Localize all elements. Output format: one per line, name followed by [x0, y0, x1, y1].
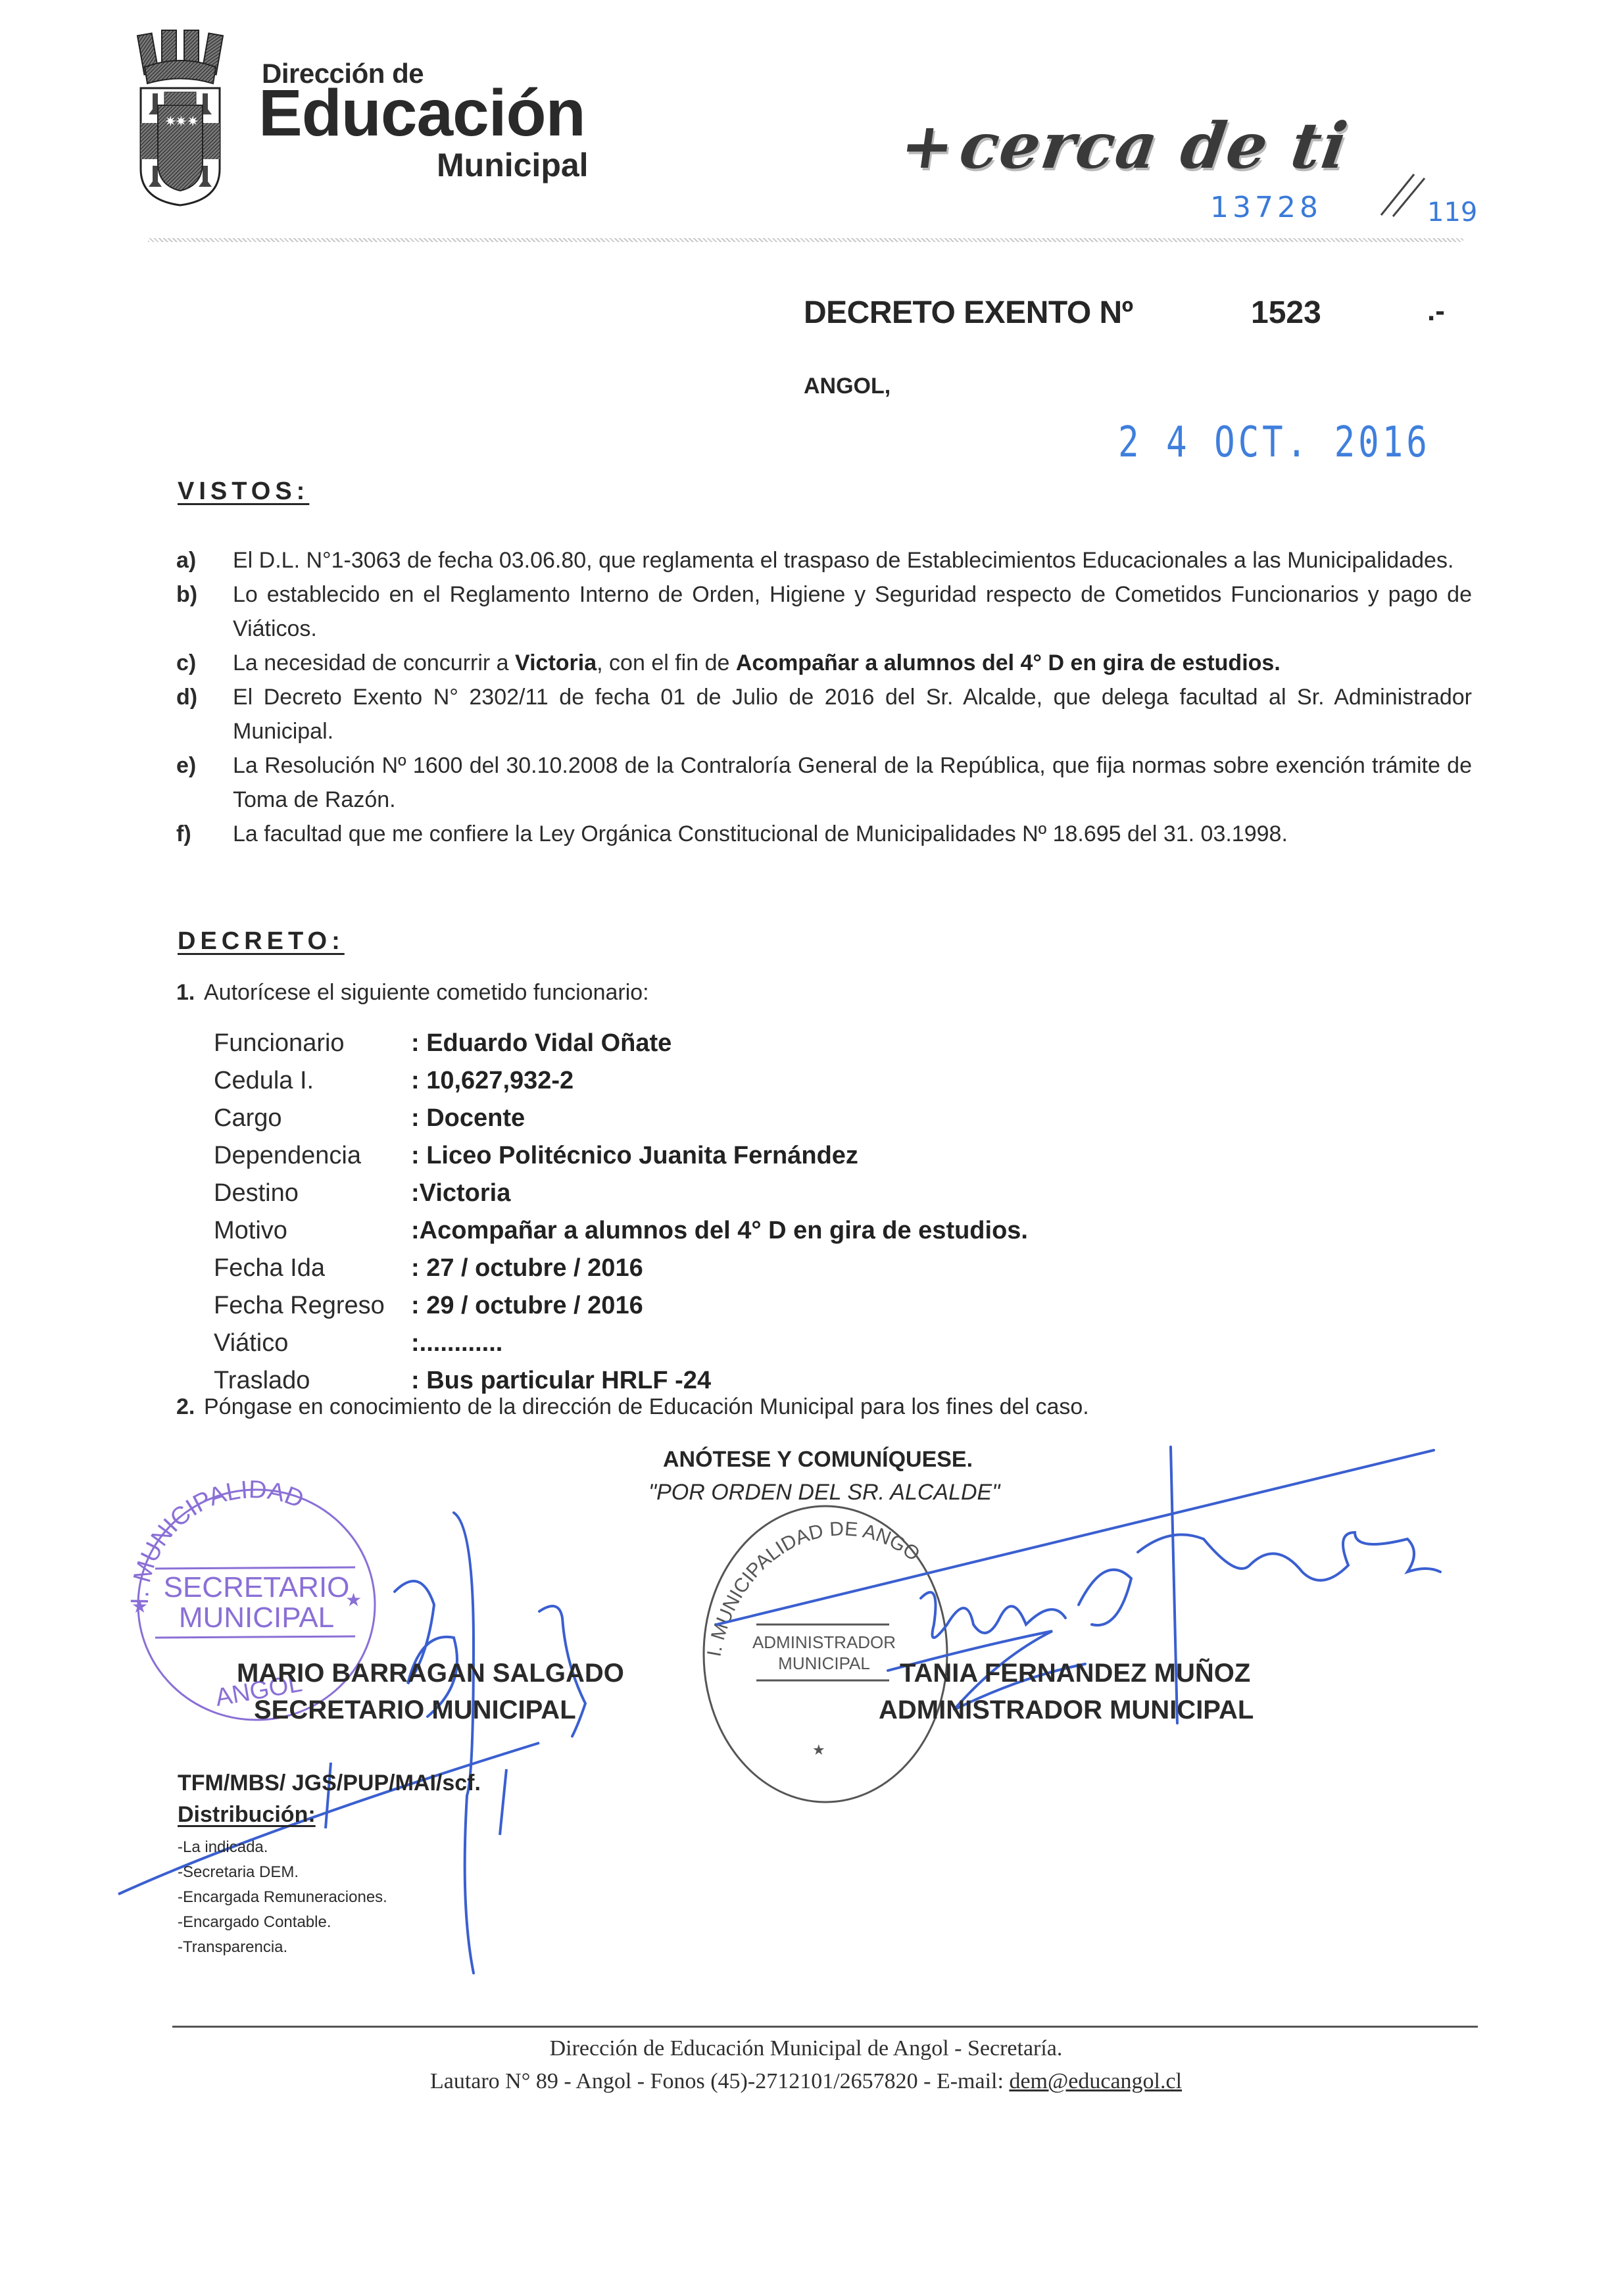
- purpose-bold: Acompañar a alumnos del 4° D en gira de …: [736, 650, 1281, 675]
- field-value: :Victoria: [411, 1175, 510, 1212]
- city-label: ANGOL,: [804, 374, 891, 399]
- vistos-item: e) La Resolución Nº 1600 del 30.10.2008 …: [176, 748, 1472, 817]
- field-label: Funcionario: [214, 1025, 411, 1062]
- vistos-item-text: El D.L. N°1-3063 de fecha 03.06.80, que …: [233, 543, 1472, 577]
- signer-left-name: MARIO BARRAGAN SALGADO: [237, 1659, 624, 1688]
- vistos-item-label: b): [176, 577, 233, 646]
- vistos-item-text: La necesidad de concurrir a Victoria, co…: [233, 646, 1472, 680]
- vistos-item: b) Lo establecido en el Reglamento Inter…: [176, 577, 1472, 646]
- vistos-item: a) El D.L. N°1-3063 de fecha 03.06.80, q…: [176, 543, 1472, 577]
- field-value: : Eduardo Vidal Oñate: [411, 1025, 672, 1062]
- stamp-right-mid2: MUNICIPAL: [778, 1653, 870, 1673]
- field-value: : Liceo Politécnico Juanita Fernández: [411, 1137, 858, 1175]
- vistos-item-label: a): [176, 543, 233, 577]
- vistos-item-text: El Decreto Exento N° 2302/11 de fecha 01…: [233, 680, 1472, 748]
- vistos-item-label: f): [176, 817, 233, 851]
- signature-left: [395, 1513, 585, 1973]
- distribution-heading: Distribución:: [178, 1802, 316, 1828]
- decree-title: DECRETO EXENTO Nº: [804, 295, 1133, 331]
- footer-email-link[interactable]: dem@educangol.cl: [1009, 2069, 1182, 2093]
- field-label: Destino: [214, 1175, 411, 1212]
- field-label: Dependencia: [214, 1137, 411, 1175]
- footer-divider: [172, 2026, 1478, 2028]
- distribution-item: -Transparencia.: [178, 1935, 387, 1960]
- field-label: Cargo: [214, 1100, 411, 1137]
- field-label: Viático: [214, 1325, 411, 1362]
- vistos-item-label: c): [176, 646, 233, 680]
- por-orden-alcalde: "POR ORDEN DEL SR. ALCALDE": [648, 1480, 1000, 1505]
- field-row: Fecha Ida: 27 / octubre / 2016: [214, 1250, 1028, 1287]
- field-value: : Docente: [411, 1100, 525, 1137]
- field-row: Cedula I.: 10,627,932-2: [214, 1062, 1028, 1100]
- field-value: : 10,627,932-2: [411, 1062, 574, 1100]
- field-row: Viático:............: [214, 1325, 1028, 1362]
- double-slash-mark: [1375, 168, 1427, 220]
- slogan-plus: +: [896, 109, 960, 183]
- commission-fields: Funcionario: Eduardo Vidal OñateCedula I…: [214, 1025, 1028, 1400]
- slogan: +cerca de ti: [896, 109, 1353, 183]
- field-label: Fecha Ida: [214, 1250, 411, 1287]
- signer-right-name: TANIA FERNANDEZ MUÑOZ: [900, 1659, 1250, 1688]
- footer-contact: Lautaro N° 89 - Angol - Fonos (45)-27121…: [0, 2069, 1612, 2094]
- vistos-item-text: La Resolución Nº 1600 del 30.10.2008 de …: [233, 748, 1472, 817]
- anotese-comuniquese: ANÓTESE Y COMUNÍQUESE.: [663, 1447, 973, 1473]
- vistos-item-label: d): [176, 680, 233, 748]
- decree-number: 1523: [1251, 295, 1321, 331]
- vistos-heading: VISTOS:: [178, 477, 309, 506]
- vistos-item-label: e): [176, 748, 233, 817]
- field-label: Motivo: [214, 1212, 411, 1250]
- distribution-item: -Encargado Contable.: [178, 1910, 387, 1935]
- date-stamp: 2 4 OCT. 2016: [1118, 418, 1430, 467]
- destination-bold: Victoria: [515, 650, 597, 675]
- administrador-stamp: [704, 1506, 947, 1802]
- field-value: :Acompañar a alumnos del 4° D en gira de…: [411, 1212, 1028, 1250]
- field-row: Funcionario: Eduardo Vidal Oñate: [214, 1025, 1028, 1062]
- distribution-list: -La indicada. -Secretaria DEM. -Encargad…: [178, 1835, 387, 1960]
- municipal-crest-logo: ✷ ✷ ✷: [132, 28, 229, 207]
- registry-number-stamp: 13728: [1210, 191, 1322, 224]
- stamp-left-top: I. MUNICIPALIDAD: [126, 1476, 308, 1605]
- field-value: : 29 / octubre / 2016: [411, 1287, 643, 1325]
- decreto-item-2: 2.Póngase en conocimiento de la direcció…: [176, 1394, 1089, 1420]
- typist-initials: TFM/MBS/ JGS/PUP/MAI/scf.: [178, 1771, 481, 1796]
- vistos-item: f) La facultad que me confiere la Ley Or…: [176, 817, 1472, 851]
- distribution-item: -La indicada.: [178, 1835, 387, 1860]
- vistos-item-text: Lo establecido en el Reglamento Interno …: [233, 577, 1472, 646]
- signer-left-role: SECRETARIO MUNICIPAL: [254, 1696, 576, 1725]
- field-value: :............: [411, 1325, 502, 1362]
- text-fragment: La necesidad de concurrir a: [233, 650, 515, 675]
- stamp-left-mid2: MUNICIPAL: [179, 1601, 334, 1634]
- signer-right-role: ADMINISTRADOR MUNICIPAL: [879, 1696, 1254, 1725]
- item-text: Autorícese el siguiente cometido funcion…: [204, 980, 649, 1005]
- decreto-heading: DECRETO:: [178, 927, 345, 956]
- distribution-item: -Encargada Remuneraciones.: [178, 1885, 387, 1910]
- ink-stroke: [500, 1769, 506, 1835]
- slogan-text: cerca de ti: [955, 109, 1353, 183]
- star-icon: ★: [345, 1590, 362, 1610]
- field-row: Motivo:Acompañar a alumnos del 4° D en g…: [214, 1212, 1028, 1250]
- svg-text:✷: ✷: [175, 113, 187, 130]
- field-value: : 27 / octubre / 2016: [411, 1250, 643, 1287]
- item-text: Póngase en conocimiento de la dirección …: [204, 1394, 1089, 1419]
- field-row: Fecha Regreso: 29 / octubre / 2016: [214, 1287, 1028, 1325]
- item-number: 2.: [176, 1394, 204, 1420]
- svg-text:✷: ✷: [187, 113, 199, 130]
- text-fragment: , con el fin de: [597, 650, 736, 675]
- field-row: Dependencia: Liceo Politécnico Juanita F…: [214, 1137, 1028, 1175]
- distribution-item: -Secretaria DEM.: [178, 1860, 387, 1885]
- field-row: Destino:Victoria: [214, 1175, 1028, 1212]
- stamp-left-mid1: SECRETARIO: [164, 1571, 350, 1603]
- footer-org: Dirección de Educación Municipal de Ango…: [0, 2036, 1612, 2061]
- item-number: 1.: [176, 980, 204, 1006]
- vistos-item-text: La facultad que me confiere la Ley Orgán…: [233, 817, 1472, 851]
- vistos-item: d) El Decreto Exento N° 2302/11 de fecha…: [176, 680, 1472, 748]
- header-separator: [148, 238, 1463, 242]
- vistos-item: c) La necesidad de concurrir a Victoria,…: [176, 646, 1472, 680]
- decree-suffix: .-: [1427, 295, 1445, 328]
- field-label: Cedula I.: [214, 1062, 411, 1100]
- vistos-list: a) El D.L. N°1-3063 de fecha 03.06.80, q…: [176, 543, 1472, 851]
- stamp-right-mid1: ADMINISTRADOR: [752, 1632, 896, 1652]
- decreto-item-1: 1.Autorícese el siguiente cometido funci…: [176, 980, 649, 1006]
- footer-address: Lautaro N° 89 - Angol - Fonos (45)-27121…: [430, 2069, 1009, 2093]
- letterhead-line2: Educación: [258, 80, 585, 146]
- star-icon: ★: [812, 1742, 825, 1758]
- field-label: Fecha Regreso: [214, 1287, 411, 1325]
- field-row: Cargo: Docente: [214, 1100, 1028, 1137]
- star-icon: ★: [132, 1596, 148, 1617]
- letterhead-line3: Municipal: [437, 146, 589, 184]
- registry-suffix-stamp: 119: [1427, 197, 1477, 228]
